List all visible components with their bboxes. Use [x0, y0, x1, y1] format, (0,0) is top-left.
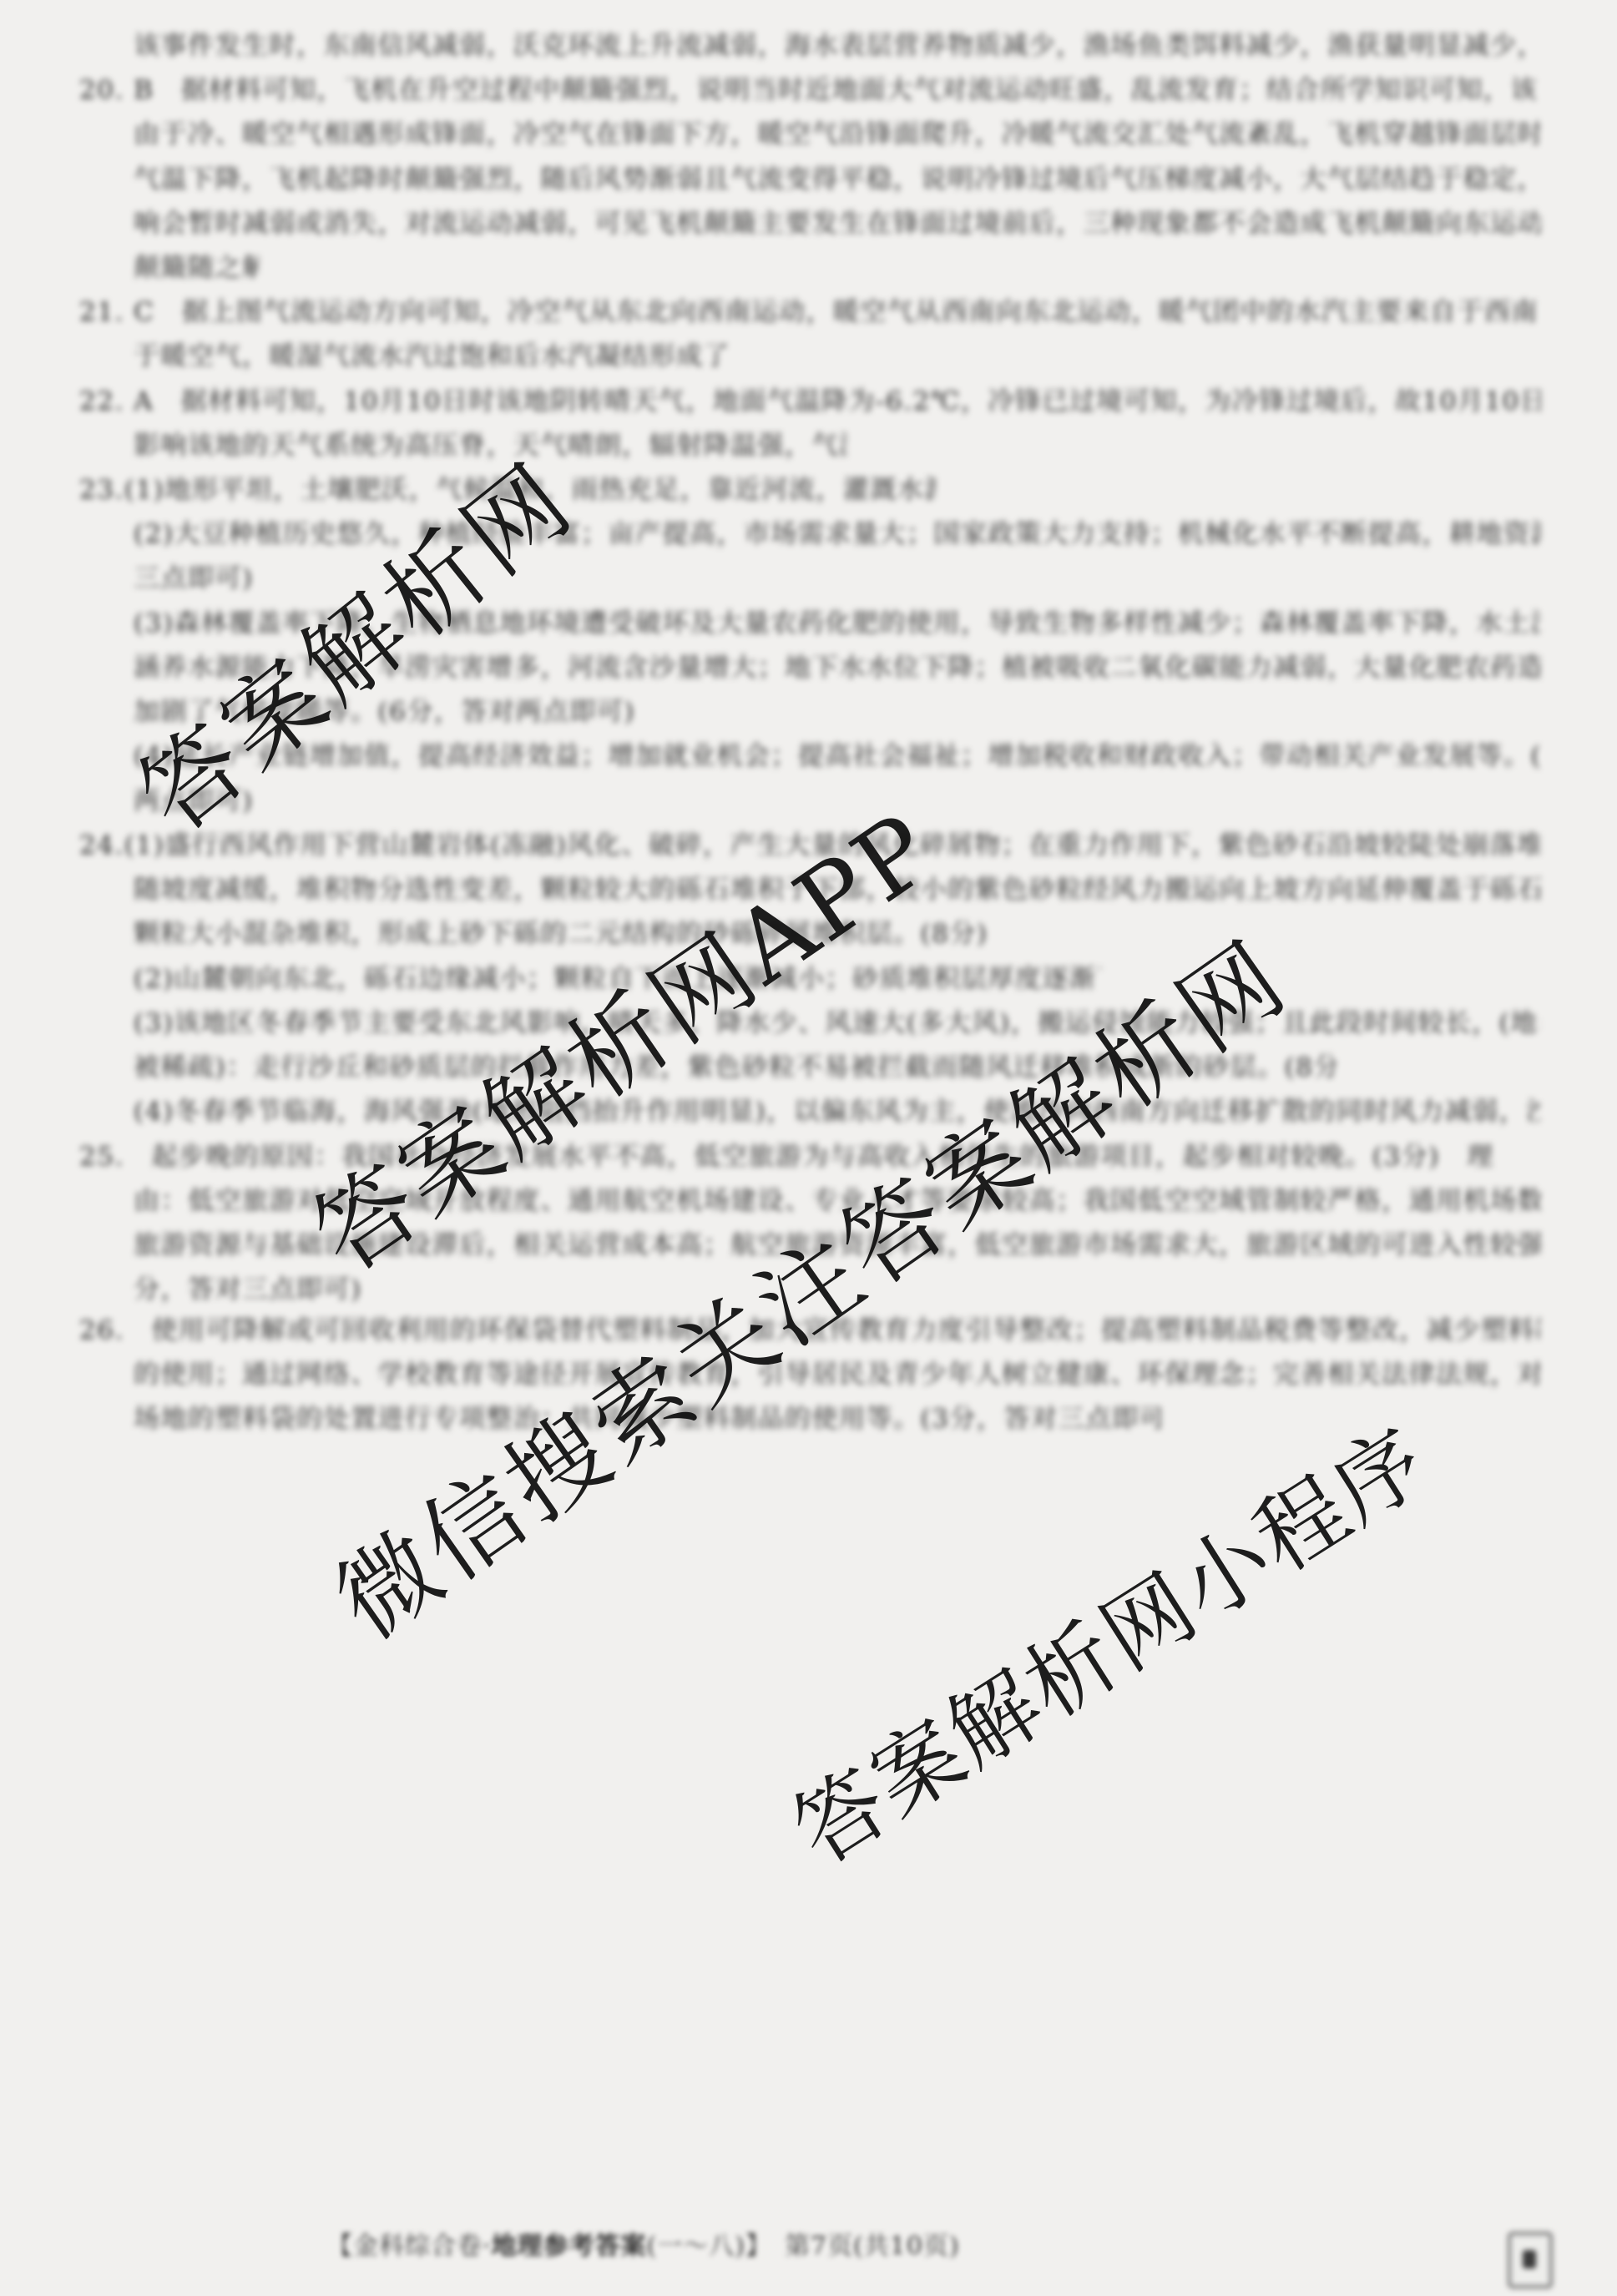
text-line: (4)冬春季节临海，海风强劲(地形阻挡抬升作用明显)，以偏东风为主，使流沙向西南…	[134, 1093, 1540, 1132]
text-line: 影响该地的天气系统为高压脊，天气晴朗，辐射降温强，气温低，不会带来降温天气。	[134, 427, 847, 466]
text-line: 由于冷、暖空气相遇形成锋面，冷空气在锋面下方，暖空气沿锋面爬升，冷暖气流交汇处气…	[134, 116, 1540, 154]
text-line: 25. 起步晚的原因：我国社会经济发展水平不高，低空旅游为与高收入相伴生的旅游项…	[79, 1138, 1540, 1177]
text-line: (4)延长产业链增加值，提高经济效益；增加就业机会；提高社会福祉；增加税收和财政…	[134, 738, 1540, 776]
text-line: 的使用；通过网络、学校教育等途径开展宣传教育，引导居民及青少年人树立健康、环保理…	[134, 1356, 1540, 1395]
text-line: 该事件发生时，东南信风减弱，沃克环流上升流减弱，海水表层营养物质减少，渔场鱼类饵…	[134, 28, 1540, 66]
footer-title: 地理参考答案	[492, 2232, 647, 2261]
text-line: 分，答对三点即可)	[134, 1271, 376, 1309]
text-line: 颠簸随之解除。	[134, 250, 259, 288]
text-line: 气温下降，飞机起降时颠簸强烈，随后风势渐弱且气流变得平稳，说明冷锋过境后气压梯度…	[134, 161, 1540, 199]
footer-prefix: 【金科综合卷·	[327, 2232, 492, 2261]
scanned-answer-page: 该事件发生时，东南信风减弱，沃克环流上升流减弱，海水表层营养物质减少，渔场鱼类饵…	[0, 0, 1617, 2296]
text-line: 三点即可)	[134, 560, 275, 598]
stamp-glyph	[1523, 2250, 1536, 2268]
text-line: 20. B 据材料可知，飞机在升空过程中颠簸强烈，说明当时近地面大气对流运动旺盛…	[79, 72, 1540, 110]
text-line: 21. C 据上图气流运动方向可知，冷空气从东北向西南运动，暖空气从西南向东北运…	[79, 294, 1540, 332]
page-footer: 【金科综合卷·地理参考答案(一～八)】 第7页(共10页) QG】	[327, 2227, 978, 2268]
text-line: (3)该地区冬春季节主要受东北风影响，晴天多、降水少、风速大(多大风)，搬运侵蚀…	[134, 1005, 1540, 1043]
text-line: 22. A 据材料可知，10月10日时该地阴转晴天气，地面气温降为-6.2℃，冷…	[79, 383, 1540, 421]
text-line: (2)大豆种植历史悠久，种植经验丰富；亩产提高，市场需求量大；国家政策大力支持；…	[134, 516, 1540, 554]
text-line: 于暖空气，暖湿气流水汽过饱和后水汽凝结形成了降雪，降雪偏向冷气团一侧。	[134, 338, 730, 376]
blurred-answer-text: 该事件发生时，东南信风减弱，沃克环流上升流减弱，海水表层营养物质减少，渔场鱼类饵…	[0, 0, 1617, 2296]
footer-page-info: (一～八)】 第7页(共10页) QG】	[647, 2232, 978, 2261]
text-line: 响会暂时减弱或消失，对流运动减弱，可见飞机颠簸主要发生在锋面过境前后，三种现象都…	[134, 205, 1540, 244]
footer-corner-stamp	[1508, 2232, 1553, 2288]
